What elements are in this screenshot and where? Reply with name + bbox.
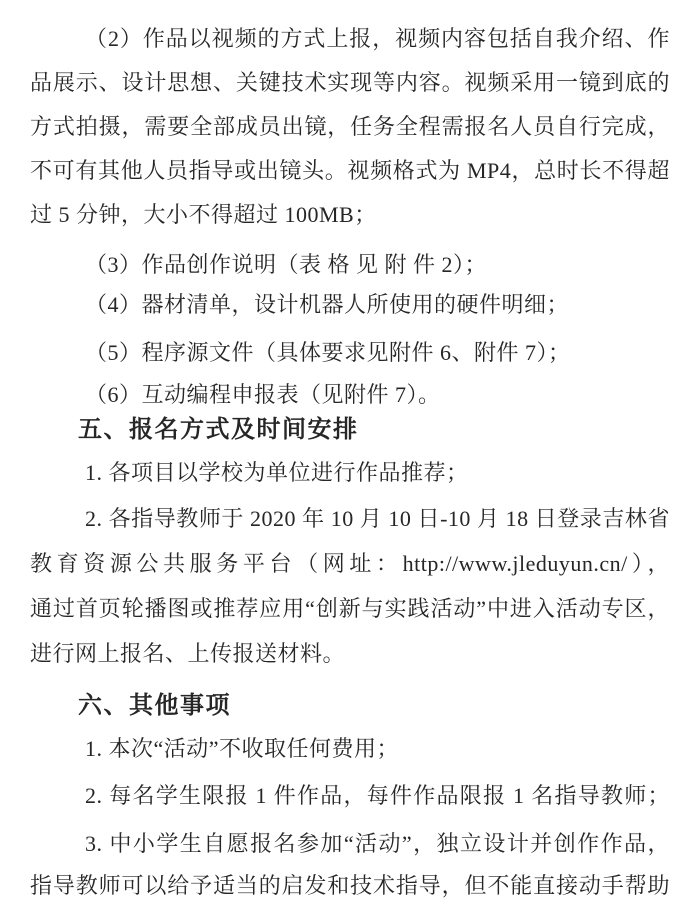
section5-item-2-line-4: 进行网上报名、上传报送材料。 xyxy=(30,639,670,669)
list-item-3: （3）作品创作说明（表 格 见 附 件 2）； xyxy=(30,250,670,280)
section6-item-3-line-1: 3. 中小学生自愿报名参加“活动”，独立设计并创作作品， xyxy=(30,829,670,859)
list-item-4: （4）器材清单，设计机器人所使用的硬件明细； xyxy=(30,290,670,320)
document-page: （2）作品以视频的方式上报，视频内容包括自我介绍、作 品展示、设计思想、关键技术… xyxy=(0,0,700,919)
paragraph-2-line-4: 不可有其他人员指导或出镜头。视频格式为 MP4，总时长不得超 xyxy=(30,156,670,186)
paragraph-2-line-1: （2）作品以视频的方式上报，视频内容包括自我介绍、作 xyxy=(30,24,670,54)
section-heading-5: 五、报名方式及时间安排 xyxy=(30,414,670,446)
paragraph-2-line-2: 品展示、设计思想、关键技术实现等内容。视频采用一镜到底的 xyxy=(30,68,670,98)
list-item-6: （6）互动编程申报表（见附件 7）。 xyxy=(30,380,670,410)
section5-item-2-line-1: 2. 各指导教师于 2020 年 10 月 10 日-10 月 18 日登录吉林… xyxy=(30,504,670,534)
section-heading-6: 六、其他事项 xyxy=(30,690,670,722)
section5-item-1: 1. 各项目以学校为单位进行作品推荐； xyxy=(30,458,670,488)
section6-item-2: 2. 每名学生限报 1 件作品，每件作品限报 1 名指导教师； xyxy=(30,781,670,811)
paragraph-2-line-3: 方式拍摄，需要全部成员出镜，任务全程需报名人员自行完成， xyxy=(30,112,670,142)
section6-item-1: 1. 本次“活动”不收取任何费用； xyxy=(30,734,670,764)
section6-item-3-line-2: 指导教师可以给予适当的启发和技术指导，但不能直接动手帮助 xyxy=(30,871,670,901)
paragraph-2-line-5: 过 5 分钟，大小不得超过 100MB； xyxy=(30,200,670,230)
section5-item-2-line-2: 教育资源公共服务平台（网址：http://www.jleduyun.cn/）， xyxy=(30,549,670,579)
list-item-5: （5）程序源文件（具体要求见附件 6、附件 7）； xyxy=(30,338,670,368)
section5-item-2-line-3: 通过首页轮播图或推荐应用“创新与实践活动”中进入活动专区， xyxy=(30,594,670,624)
